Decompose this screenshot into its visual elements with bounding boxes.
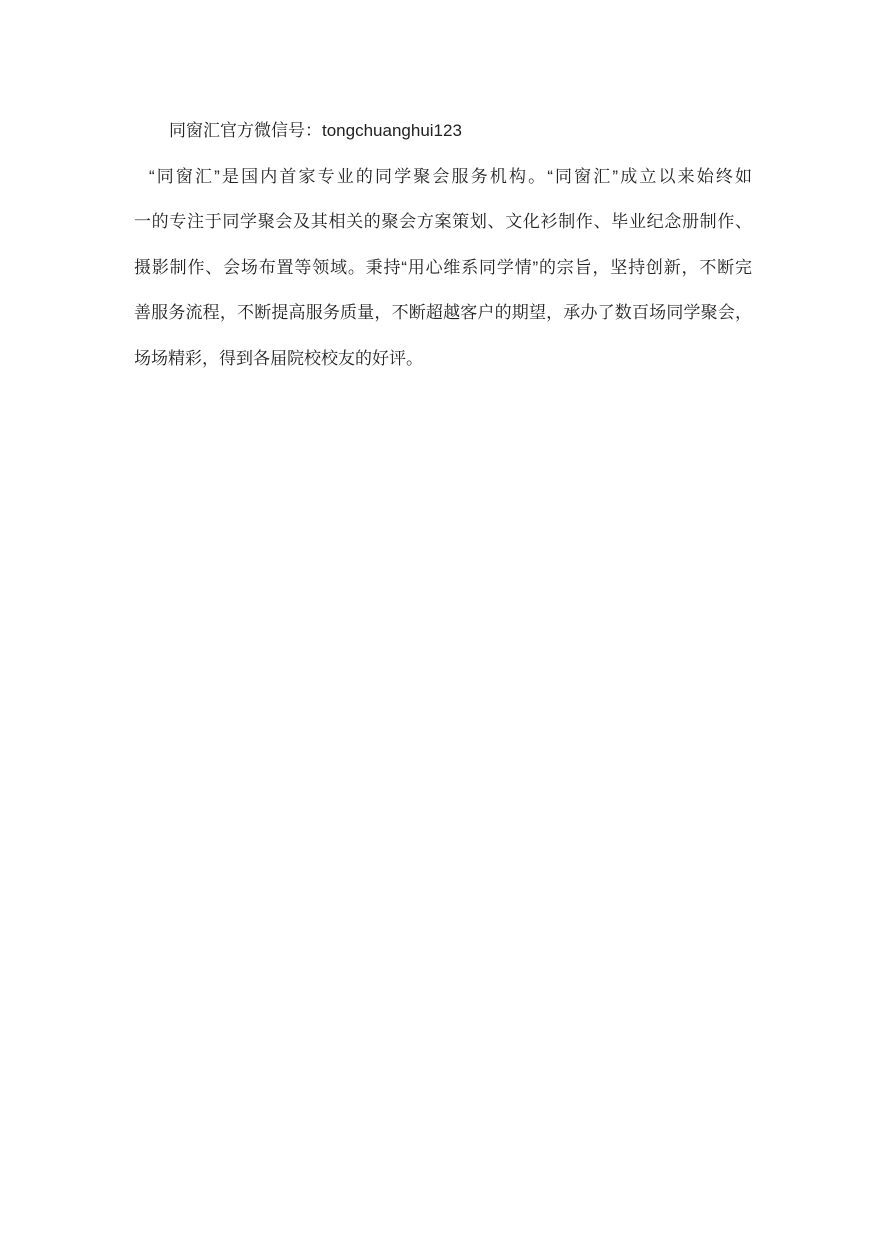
paragraph-line: 摄影制作、会场布置等领域。秉持“用心维系同学情”的宗旨，坚持创新，不断完 <box>134 245 752 291</box>
document-text-block: 同窗汇官方微信号：tongchuanghui123 “同窗汇”是国内首家专业的同… <box>134 108 752 381</box>
document-page: 同窗汇官方微信号：tongchuanghui123 “同窗汇”是国内首家专业的同… <box>0 0 884 1250</box>
paragraph-line: 场场精彩，得到各届院校校友的好评。 <box>134 336 752 382</box>
wechat-id-line: 同窗汇官方微信号：tongchuanghui123 <box>134 108 752 154</box>
paragraph-line: “同窗汇”是国内首家专业的同学聚会服务机构。“同窗汇”成立以来始终如 <box>134 154 752 200</box>
paragraph-line: 一的专注于同学聚会及其相关的聚会方案策划、文化衫制作、毕业纪念册制作、 <box>134 199 752 245</box>
paragraph-line: 善服务流程，不断提高服务质量，不断超越客户的期望，承办了数百场同学聚会， <box>134 290 752 336</box>
